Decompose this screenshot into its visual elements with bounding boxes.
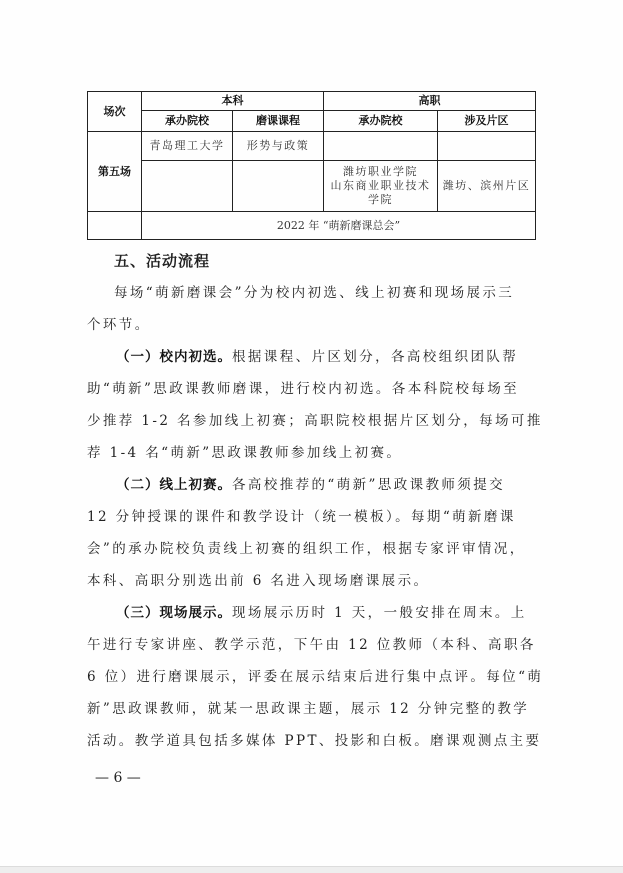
paragraph-line: 活动。教学道具包括多媒体 PPT、投影和白板。磨课观测点主要 bbox=[87, 729, 541, 749]
intro-line: 每场“萌新磨课会”分为校内初选、线上初赛和现场展示三 bbox=[114, 281, 514, 301]
empty-cell bbox=[438, 132, 536, 161]
vocational-region-cell: 潍坊、滨州片区 bbox=[438, 161, 536, 212]
paragraph-text: 根据课程、片区划分，各高校组织团队帮 bbox=[232, 349, 518, 365]
subsection-title: （一）校内初选。 bbox=[116, 349, 232, 365]
undergrad-host-cell: 青岛理工大学 bbox=[142, 132, 233, 161]
schedule-table: 场次 本科 高职 承办院校 磨课课程 承办院校 涉及片区 第五场 青岛理工大学 … bbox=[87, 91, 536, 240]
section-heading: 五、活动流程 bbox=[114, 250, 210, 271]
paragraph-text: 各高校推荐的“萌新”思政课教师须提交 bbox=[232, 477, 505, 493]
paragraph-line: 少推荐 1-2 名参加线上初赛；高职院校根据片区划分，每场可推 bbox=[87, 409, 543, 429]
empty-cell bbox=[324, 132, 438, 161]
header-undergrad: 本科 bbox=[142, 92, 324, 111]
paragraph-line: （三）现场展示。现场展示历时 1 天，一般安排在周末。上 bbox=[116, 601, 527, 621]
page-number: — 6 — bbox=[95, 770, 141, 786]
subsection-title: （三）现场展示。 bbox=[116, 605, 232, 621]
paragraph-line: 午进行专家讲座、教学示范，下午由 12 位教师（本科、高职各 bbox=[87, 633, 536, 653]
table-subheader-row: 承办院校 磨课课程 承办院校 涉及片区 bbox=[88, 111, 536, 132]
vocational-host-cell: 潍坊职业学院 山东商业职业技术 学院 bbox=[324, 161, 438, 212]
paragraph-line: 助“萌新”思政课教师磨课，进行校内初选。各本科院校每场至 bbox=[87, 377, 519, 397]
paragraph-line: 荐 1-4 名“萌新”思政课教师参加线上初赛。 bbox=[87, 441, 402, 461]
paragraph-text: 现场展示历时 1 天，一般安排在周末。上 bbox=[232, 605, 527, 621]
header-undergrad-host: 承办院校 bbox=[142, 111, 233, 132]
paragraph-line: （二）线上初赛。各高校推荐的“萌新”思政课教师须提交 bbox=[116, 473, 505, 493]
table-row: 第五场 青岛理工大学 形势与政策 bbox=[88, 132, 536, 161]
paragraph-line: 会”的承办院校负责线上初赛的组织工作，根据专家评审情况， bbox=[87, 537, 526, 557]
session-label: 第五场 bbox=[88, 132, 142, 212]
paragraph-line: 6 位）进行磨课展示，评委在展示结束后进行集中点评。每位“萌 bbox=[87, 665, 543, 685]
header-vocational-region: 涉及片区 bbox=[438, 111, 536, 132]
empty-cell bbox=[142, 161, 233, 212]
table-header-row: 场次 本科 高职 bbox=[88, 92, 536, 111]
paragraph-line: 新”思政课教师，就某一思政课主题，展示 12 分钟完整的教学 bbox=[87, 697, 529, 717]
header-vocational-host: 承办院校 bbox=[324, 111, 438, 132]
header-undergrad-course: 磨课课程 bbox=[233, 111, 324, 132]
paragraph-line: 本科、高职分别选出前 6 名进入现场磨课展示。 bbox=[87, 569, 429, 589]
final-event-cell: 2022 年 “萌新磨课总会” bbox=[142, 212, 536, 240]
table-final-row: 2022 年 “萌新磨课总会” bbox=[88, 212, 536, 240]
empty-cell bbox=[233, 161, 324, 212]
intro-line: 个环节。 bbox=[87, 313, 151, 333]
vocational-host-line: 潍坊职业学院 bbox=[326, 165, 435, 179]
header-vocational: 高职 bbox=[324, 92, 536, 111]
vocational-host-line: 山东商业职业技术 bbox=[326, 179, 435, 193]
viewer-bottom-edge bbox=[0, 866, 623, 873]
vocational-host-line: 学院 bbox=[326, 193, 435, 207]
undergrad-course-cell: 形势与政策 bbox=[233, 132, 324, 161]
document-page: 场次 本科 高职 承办院校 磨课课程 承办院校 涉及片区 第五场 青岛理工大学 … bbox=[0, 0, 623, 866]
paragraph-line: （一）校内初选。根据课程、片区划分，各高校组织团队帮 bbox=[116, 345, 518, 365]
subsection-title: （二）线上初赛。 bbox=[116, 477, 232, 493]
paragraph-line: 12 分钟授课的课件和教学设计（统一模板）。每期“萌新磨课 bbox=[87, 505, 516, 525]
empty-cell bbox=[88, 212, 142, 240]
table-row: 潍坊职业学院 山东商业职业技术 学院 潍坊、滨州片区 bbox=[88, 161, 536, 212]
header-session: 场次 bbox=[88, 92, 142, 132]
